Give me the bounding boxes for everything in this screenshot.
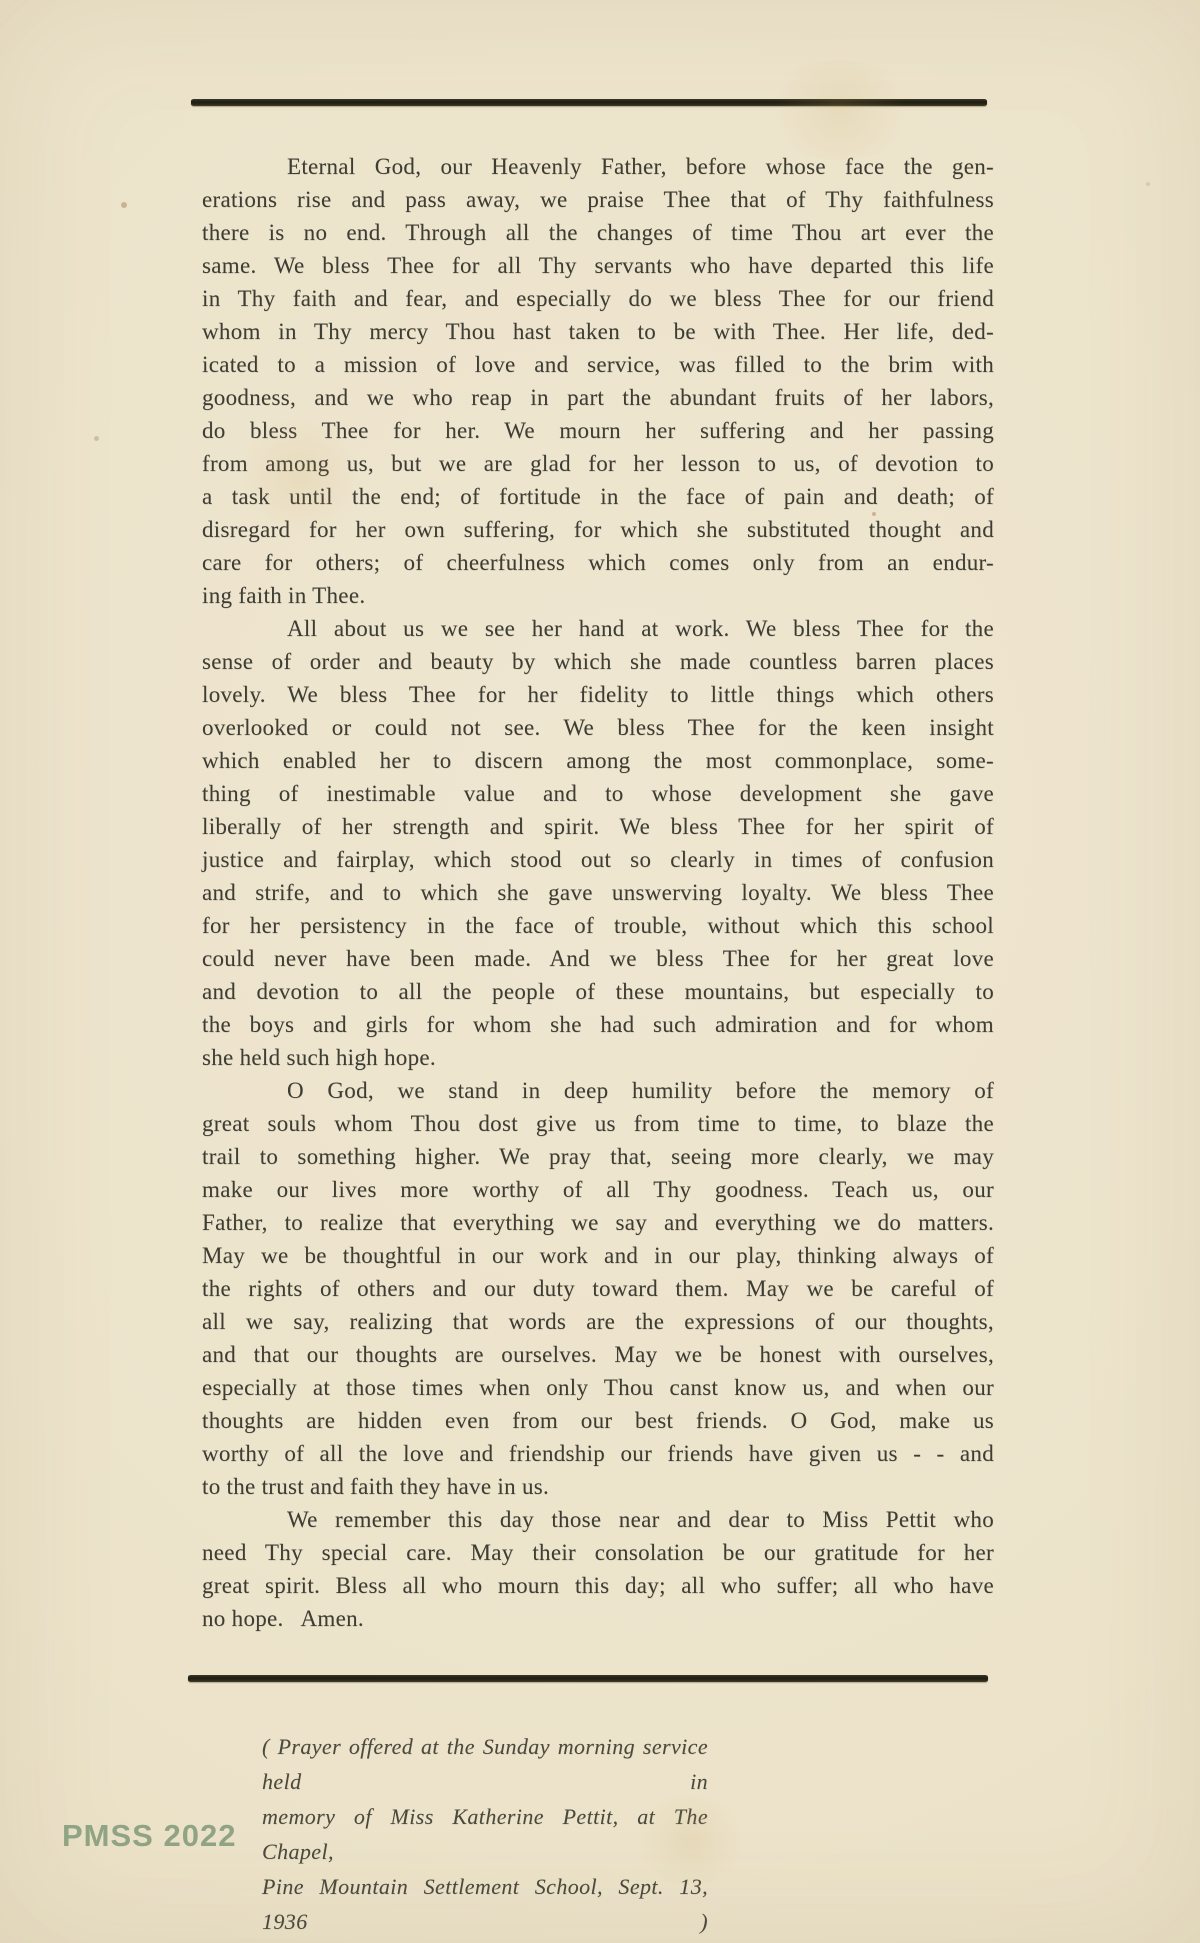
attribution-line: Pine Mountain Settlement School, Sept. 1… — [262, 1869, 708, 1939]
prayer-line: could never have been made. And we bless… — [202, 942, 994, 975]
prayer-line: sense of order and beauty by which she m… — [202, 645, 994, 678]
prayer-line: she held such high hope. — [202, 1041, 994, 1074]
prayer-line: lovely. We bless Thee for her fidelity t… — [202, 678, 994, 711]
prayer-line: thoughts are hidden even from our best f… — [202, 1404, 994, 1437]
paper-speck — [94, 436, 99, 441]
prayer-line: make our lives more worthy of all Thy go… — [202, 1173, 994, 1206]
prayer-line: great spirit. Bless all who mourn this d… — [202, 1569, 994, 1602]
prayer-line: there is no end. Through all the changes… — [202, 216, 994, 249]
prayer-line: thing of inestimable value and to whose … — [202, 777, 994, 810]
prayer-line: all we say, realizing that words are the… — [202, 1305, 994, 1338]
prayer-line: Father, to realize that everything we sa… — [202, 1206, 994, 1239]
prayer-line: same. We bless Thee for all Thy servants… — [202, 249, 994, 282]
prayer-line: erations rise and pass away, we praise T… — [202, 183, 994, 216]
paper-stain — [760, 60, 920, 160]
prayer-line: icated to a mission of love and service,… — [202, 348, 994, 381]
prayer-line: which enabled her to discern among the m… — [202, 744, 994, 777]
prayer-line: especially at those times when only Thou… — [202, 1371, 994, 1404]
watermark: PMSS 2022 — [62, 1818, 236, 1854]
prayer-line: to the trust and faith they have in us. — [202, 1470, 994, 1503]
prayer-line: trail to something higher. We pray that,… — [202, 1140, 994, 1173]
paper-stain — [630, 1795, 750, 1885]
document-page: Eternal God, our Heavenly Father, before… — [0, 0, 1200, 1943]
prayer-line: Eternal God, our Heavenly Father, before… — [202, 150, 994, 183]
prayer-line: O God, we stand in deep humility before … — [202, 1074, 994, 1107]
prayer-line: great souls whom Thou dost give us from … — [202, 1107, 994, 1140]
prayer-line: need Thy special care. May their consola… — [202, 1536, 994, 1569]
paper-stain — [230, 420, 370, 530]
prayer-line: care for others; of cheerfulness which c… — [202, 546, 994, 579]
prayer-line: no hope. Amen. — [202, 1602, 994, 1635]
attribution-line: ( Prayer offered at the Sunday morning s… — [262, 1729, 708, 1799]
paper-speck — [1146, 182, 1150, 186]
prayer-line: the rights of others and our duty toward… — [202, 1272, 994, 1305]
prayer-line: and strife, and to which she gave unswer… — [202, 876, 994, 909]
prayer-line: We remember this day those near and dear… — [202, 1503, 994, 1536]
paper-speck — [872, 512, 876, 516]
prayer-line: justice and fairplay, which stood out so… — [202, 843, 994, 876]
prayer-line: and devotion to all the people of these … — [202, 975, 994, 1008]
prayer-line: and that our thoughts are ourselves. May… — [202, 1338, 994, 1371]
prayer-line: goodness, and we who reap in part the ab… — [202, 381, 994, 414]
prayer-line: All about us we see her hand at work. We… — [202, 612, 994, 645]
bottom-rule — [188, 1675, 988, 1682]
prayer-text: Eternal God, our Heavenly Father, before… — [202, 150, 994, 1635]
prayer-line: in Thy faith and fear, and especially do… — [202, 282, 994, 315]
prayer-line: the boys and girls for whom she had such… — [202, 1008, 994, 1041]
paper-speck — [121, 202, 127, 208]
prayer-line: worthy of all the love and friendship ou… — [202, 1437, 994, 1470]
prayer-line: liberally of her strength and spirit. We… — [202, 810, 994, 843]
prayer-line: whom in Thy mercy Thou hast taken to be … — [202, 315, 994, 348]
prayer-line: overlooked or could not see. We bless Th… — [202, 711, 994, 744]
prayer-line: ing faith in Thee. — [202, 579, 994, 612]
prayer-line: for her persistency in the face of troub… — [202, 909, 994, 942]
prayer-line: May we be thoughtful in our work and in … — [202, 1239, 994, 1272]
